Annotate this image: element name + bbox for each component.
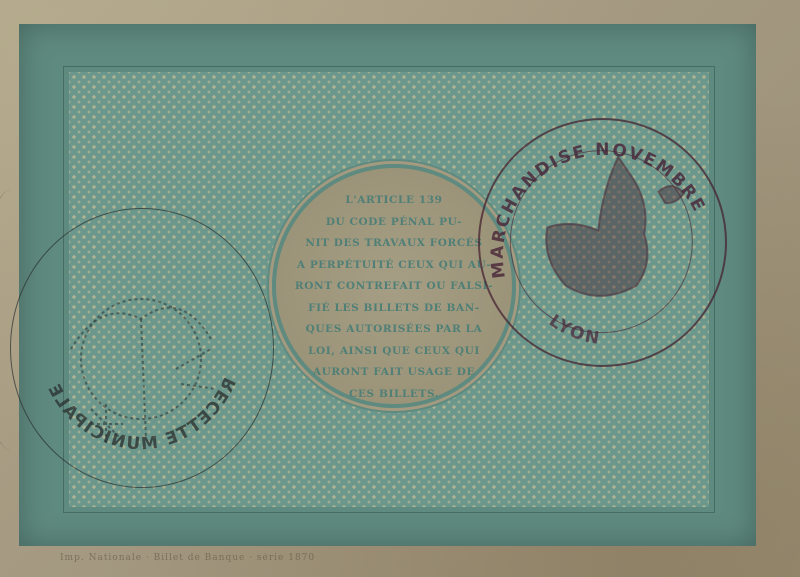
warning-line: FIÉ LES BILLETS DE BAN-: [276, 298, 512, 320]
right-stamp-marchandise: MARCHANDISE NOVEMBRE LYON: [462, 102, 743, 383]
footer-imprint: Imp. Nationale · Billet de Banque · séri…: [60, 553, 740, 567]
warning-line: RONT CONTREFAIT OU FALSI-: [276, 276, 512, 298]
left-stamp-recette-municipale: RECETTE MUNICIPALE: [10, 208, 274, 488]
warning-line: CES BILLETS.: [276, 384, 512, 406]
warning-line: AURONT FAIT USAGE DE: [276, 362, 512, 384]
rooster-emblem-icon: [464, 104, 741, 381]
cross-emblem-icon: [11, 209, 273, 487]
warning-line: LOI, AINSI QUE CEUX QUI: [276, 341, 512, 363]
warning-line: QUES AUTORISÉES PAR LA: [276, 319, 512, 341]
warning-line: A PERPÉTUITÉ CEUX QUI AU-: [276, 255, 512, 277]
warning-line: NIT DES TRAVAUX FORCÉS: [276, 233, 512, 255]
